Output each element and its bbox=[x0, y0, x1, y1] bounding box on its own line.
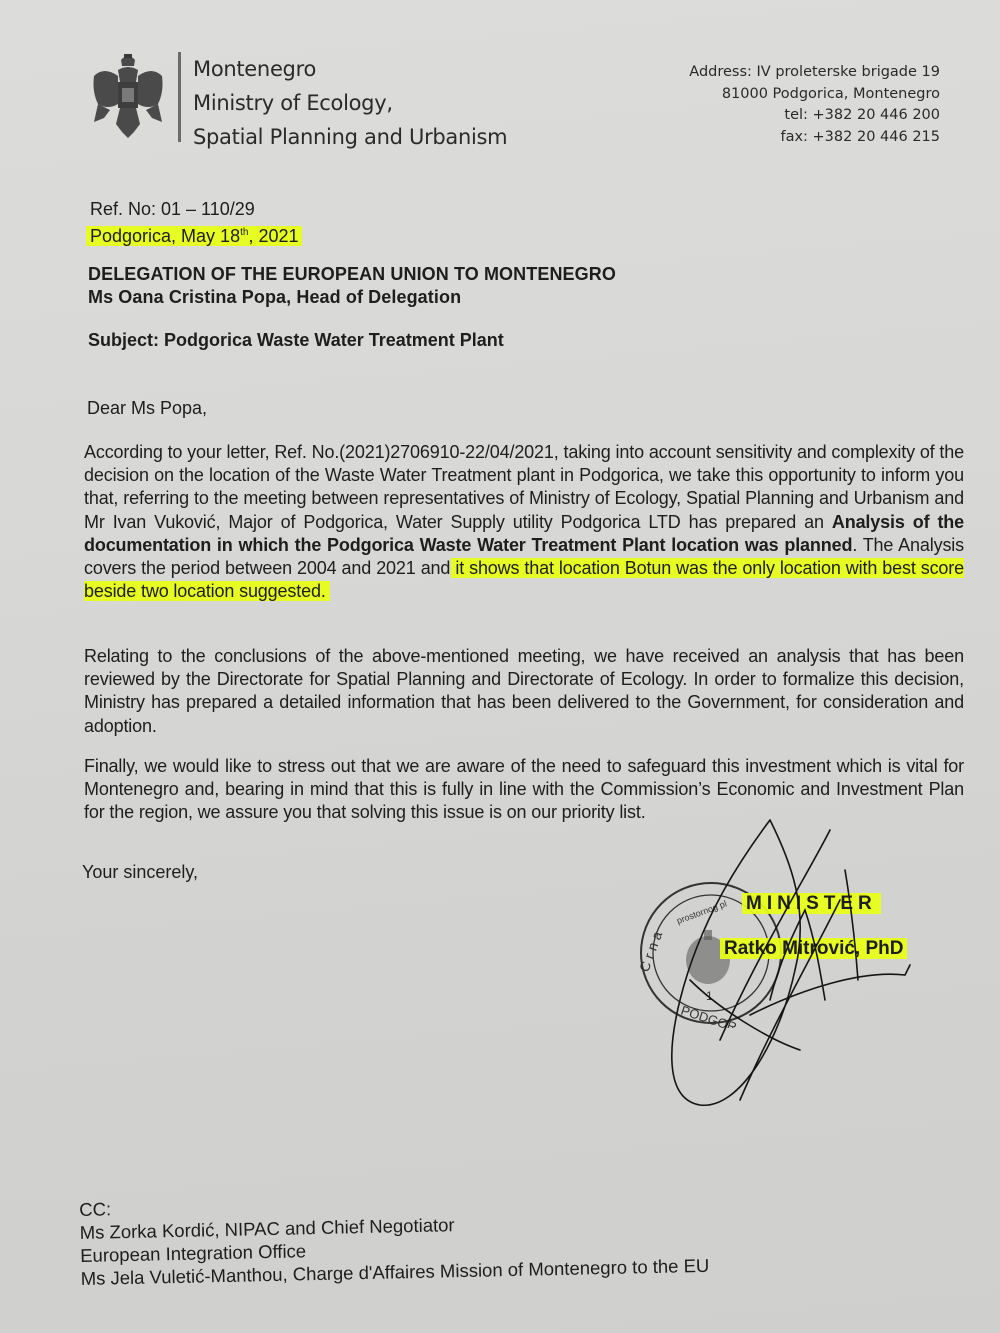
cc-block: CC: Ms Zorka Kordić, NIPAC and Chief Neg… bbox=[79, 1185, 710, 1290]
body-paragraph-1: According to your letter, Ref. No.(2021)… bbox=[84, 441, 964, 603]
salutation: Dear Ms Popa, bbox=[87, 398, 207, 419]
reference-block: Ref. No: 01 – 110/29 Podgorica, May 18th… bbox=[90, 198, 298, 248]
ministry-name: Montenegro Ministry of Ecology, Spatial … bbox=[193, 52, 507, 154]
montenegro-coat-of-arms-icon bbox=[88, 52, 168, 142]
ministry-address: Address: IV proleterske brigade 19 81000… bbox=[689, 62, 940, 148]
address-street: Address: IV proleterske brigade 19 bbox=[689, 62, 940, 84]
date-year: , 2021 bbox=[248, 226, 298, 246]
body-paragraph-2: Relating to the conclusions of the above… bbox=[84, 645, 964, 738]
reference-number: Ref. No: 01 – 110/29 bbox=[90, 198, 298, 221]
recipient-organization: DELEGATION OF THE EUROPEAN UNION TO MONT… bbox=[88, 263, 616, 286]
address-tel: tel: +382 20 446 200 bbox=[689, 105, 940, 127]
address-fax: fax: +382 20 446 215 bbox=[689, 127, 940, 149]
address-city: 81000 Podgorica, Montenegro bbox=[689, 84, 940, 106]
header-divider bbox=[178, 52, 181, 142]
date-highlight: Podgorica, May 18th, 2021 bbox=[86, 226, 302, 246]
closing: Your sincerely, bbox=[82, 862, 198, 883]
handwritten-signature bbox=[620, 800, 940, 1130]
subject-line: Subject: Podgorica Waste Water Treatment… bbox=[88, 330, 504, 351]
place-date: Podgorica, May 18th, 2021 bbox=[90, 221, 298, 248]
ministry-line-1: Ministry of Ecology, bbox=[193, 86, 507, 120]
recipient-person: Ms Oana Cristina Popa, Head of Delegatio… bbox=[88, 286, 616, 309]
ministry-line-2: Spatial Planning and Urbanism bbox=[193, 120, 507, 154]
country-name: Montenegro bbox=[193, 52, 507, 86]
recipient-block: DELEGATION OF THE EUROPEAN UNION TO MONT… bbox=[88, 263, 616, 309]
date-text: Podgorica, May 18 bbox=[90, 226, 240, 246]
